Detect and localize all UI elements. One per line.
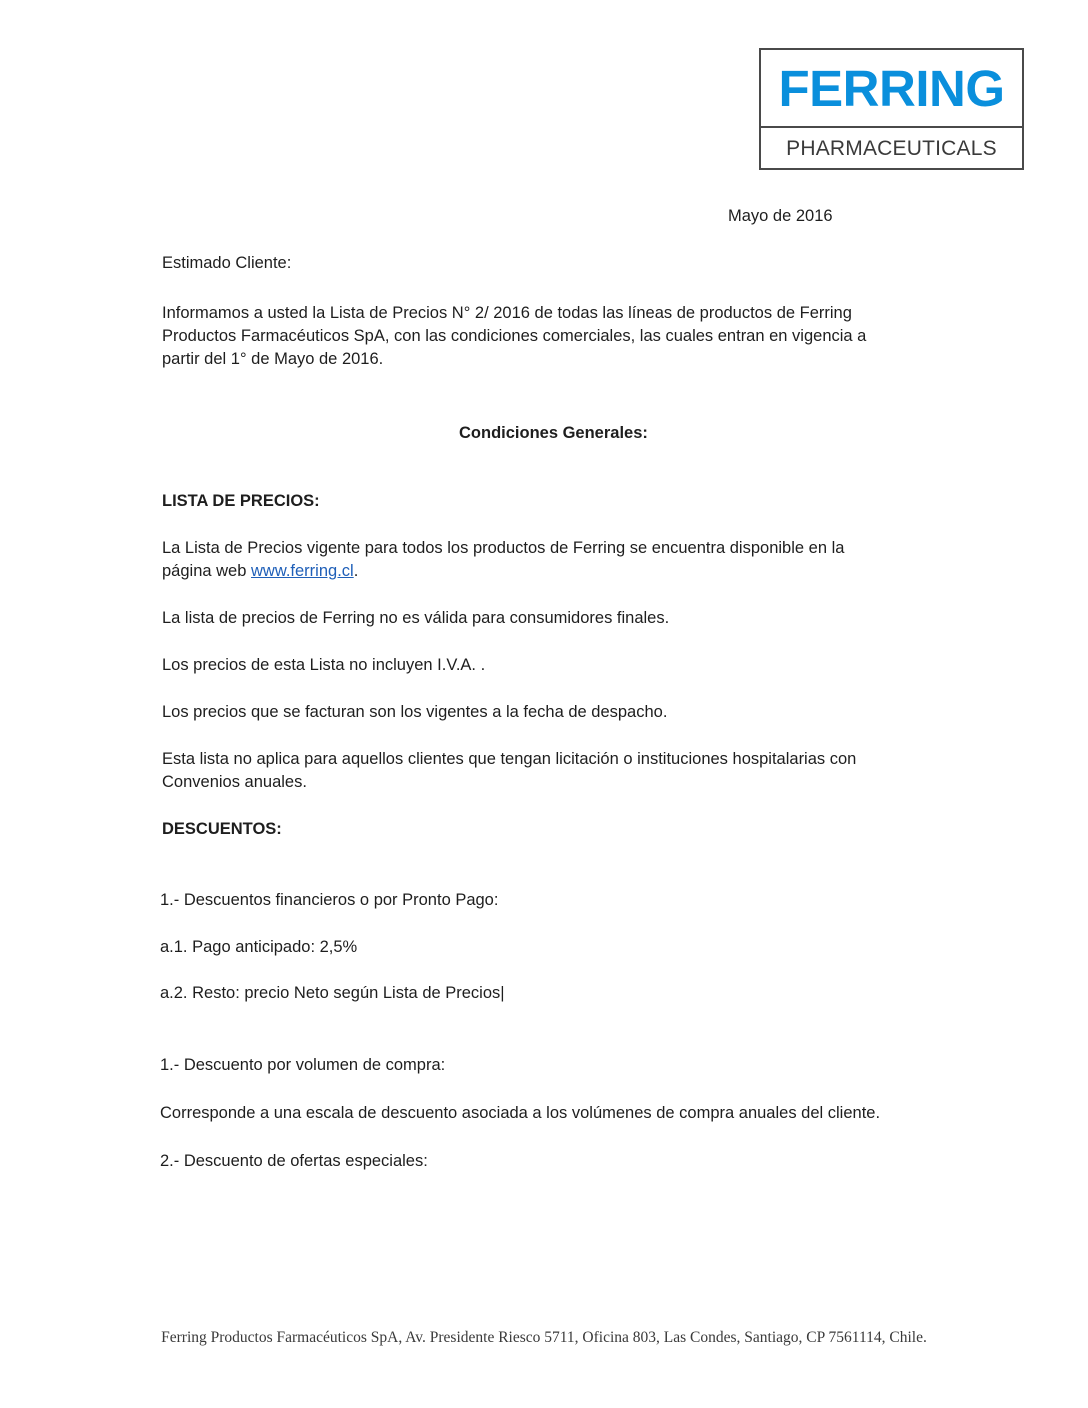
footer-address: Ferring Productos Farmacéuticos SpA, Av.… [0, 1329, 1088, 1347]
price-list-p1-line2: página web www.ferring.cl. [162, 560, 358, 583]
discounts-heading: DESCUENTOS: [162, 818, 282, 841]
price-list-heading: LISTA DE PRECIOS: [162, 490, 320, 513]
discount-item-1b: a.2. Resto: precio Neto según Lista de P… [160, 982, 505, 1005]
p1-suffix: . [354, 562, 359, 580]
greeting: Estimado Cliente: [162, 252, 291, 275]
p1-prefix: página web [162, 562, 251, 580]
ferring-logo: FERRING PHARMACEUTICALS [759, 48, 1024, 170]
letter-date: Mayo de 2016 [728, 205, 833, 228]
price-list-p5-line2: Convenios anuales. [162, 771, 307, 794]
price-list-p2: La lista de precios de Ferring no es vál… [162, 607, 669, 630]
section-title: Condiciones Generales: [459, 422, 648, 445]
discount-item-1a: a.1. Pago anticipado: 2,5% [160, 936, 357, 959]
discount-item-2-desc: Corresponde a una escala de descuento as… [160, 1102, 880, 1125]
intro-line-3: partir del 1° de Mayo de 2016. [162, 348, 383, 371]
ferring-website-link[interactable]: www.ferring.cl [251, 562, 354, 580]
intro-line-1: Informamos a usted la Lista de Precios N… [162, 302, 852, 325]
price-list-p3: Los precios de esta Lista no incluyen I.… [162, 654, 485, 677]
discount-item-2: 1.- Descuento por volumen de compra: [160, 1054, 445, 1077]
logo-brand-text: FERRING [779, 63, 1005, 114]
logo-brand-box: FERRING [761, 50, 1022, 128]
intro-line-2: Productos Farmacéuticos SpA, con las con… [162, 325, 866, 348]
logo-subtitle-box: PHARMACEUTICALS [761, 128, 1022, 170]
logo-subtitle-text: PHARMACEUTICALS [786, 137, 997, 161]
price-list-p4: Los precios que se facturan son los vige… [162, 701, 667, 724]
discount-item-1: 1.- Descuentos financieros o por Pronto … [160, 889, 498, 912]
discount-item-3: 2.- Descuento de ofertas especiales: [160, 1150, 428, 1173]
price-list-p5-line1: Esta lista no aplica para aquellos clien… [162, 748, 856, 771]
price-list-p1-line1: La Lista de Precios vigente para todos l… [162, 537, 844, 560]
letter-page: FERRING PHARMACEUTICALS Mayo de 2016 Est… [0, 0, 1088, 1408]
